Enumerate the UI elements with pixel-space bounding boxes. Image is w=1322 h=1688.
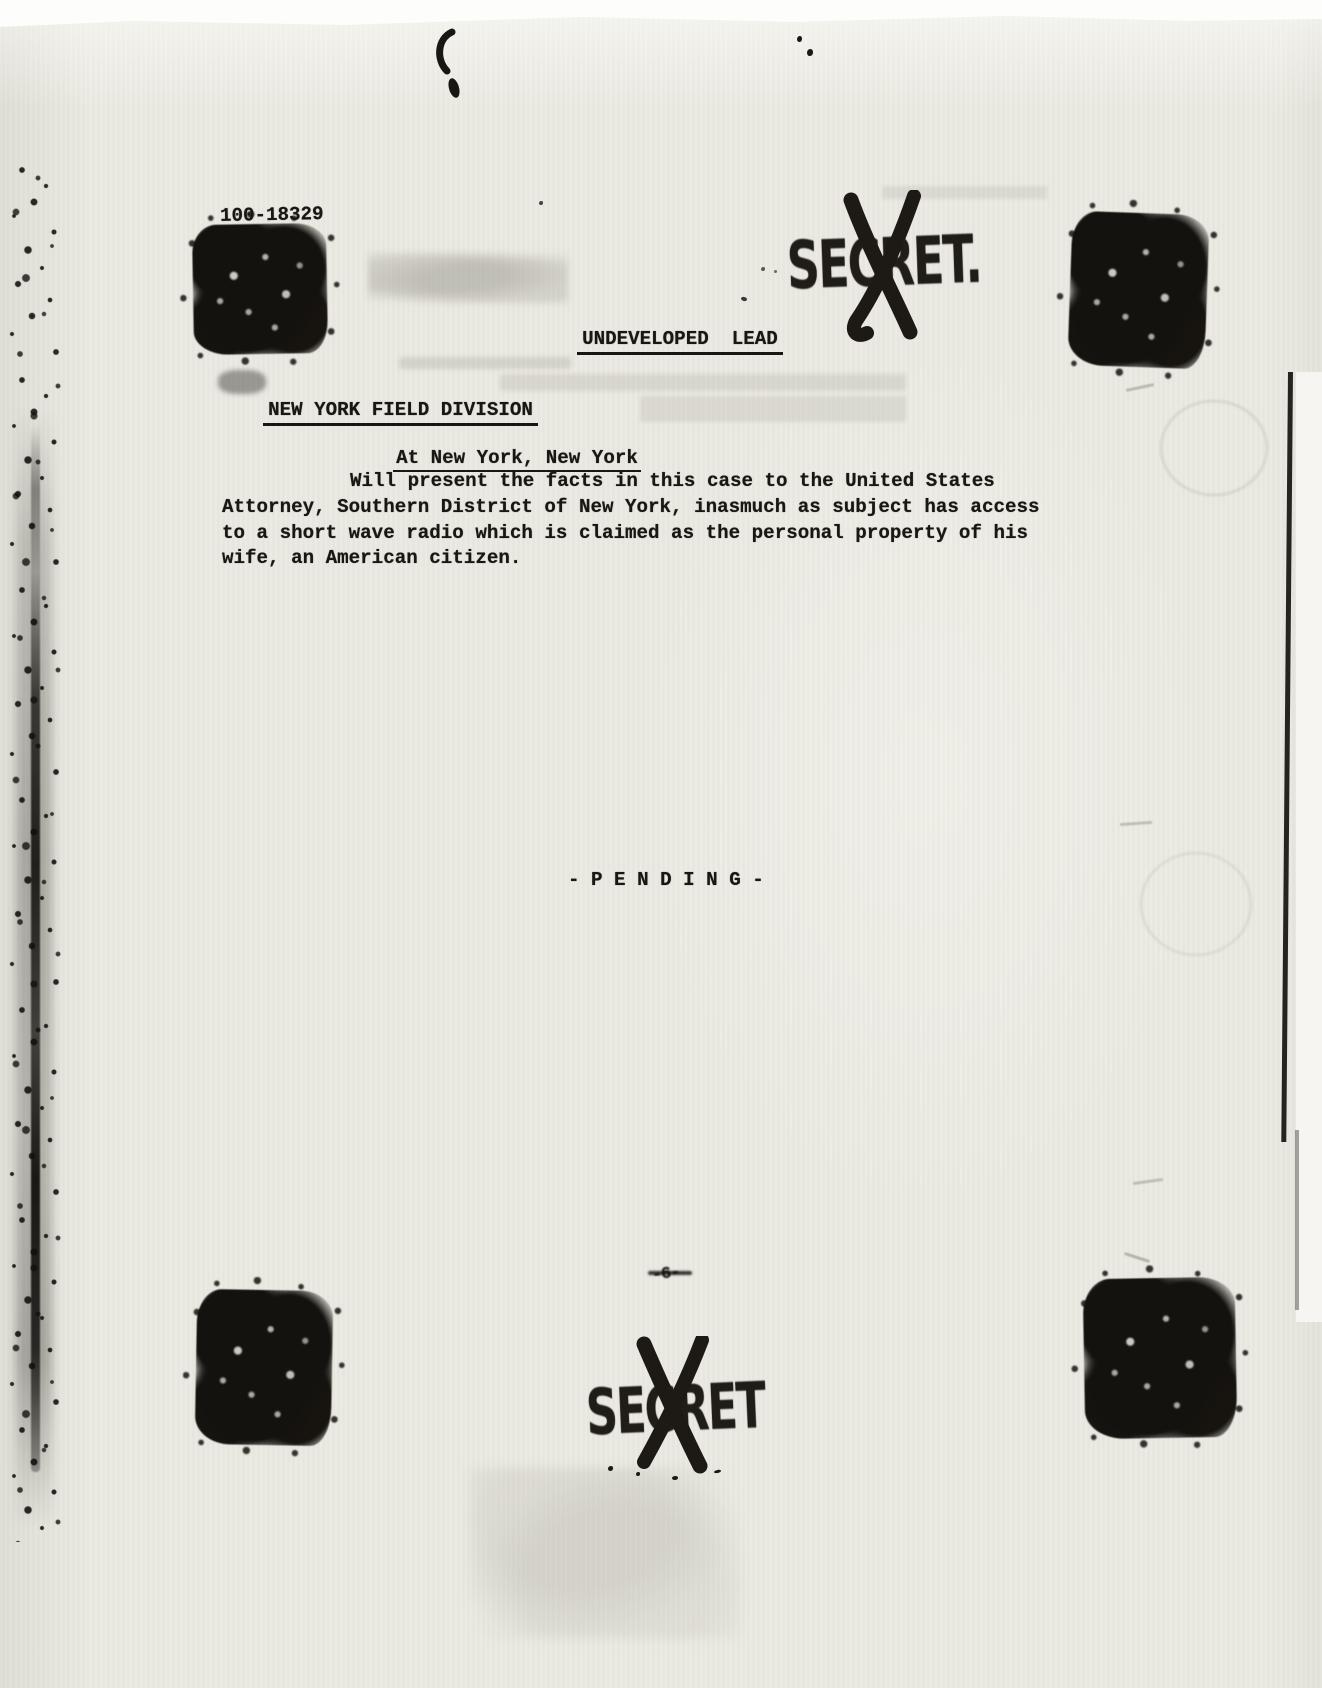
body-line: Attorney, Southern District of New York,…	[222, 495, 1072, 521]
lead-heading: UNDEVELOPED LEAD	[536, 301, 783, 378]
lead-heading-text: UNDEVELOPED LEAD	[577, 328, 783, 355]
ink-speck	[761, 267, 765, 271]
scanned-document-page: 100-18329 SECRET. UNDEVELOPED LEAD NEW Y…	[0, 0, 1322, 1688]
crossout-x-icon	[836, 190, 924, 346]
ink-speck	[672, 1476, 678, 1480]
ink-blotch-bottom-left	[195, 1289, 334, 1446]
body-line: wife, an American citizen.	[222, 546, 1072, 572]
ink-blotch-top-left	[192, 223, 328, 355]
body-line: to a short wave radio which is claimed a…	[222, 521, 1072, 547]
ink-blotch-bottom-right	[1083, 1277, 1238, 1440]
ink-speck	[636, 1472, 640, 1476]
left-edge-ink-streak	[4, 158, 70, 1542]
body-line: Will present the facts in this case to t…	[222, 469, 1072, 495]
body-paragraph: Will present the facts in this case to t…	[222, 469, 1072, 572]
ink-speck	[608, 1466, 613, 1471]
ink-speck	[797, 36, 802, 42]
ink-speck	[774, 270, 777, 273]
ink-blotch-top-right	[1067, 211, 1209, 370]
ink-speck	[807, 49, 813, 56]
ink-speck	[539, 201, 543, 205]
ink-streak-core-line	[31, 426, 40, 1472]
pending-status: - P E N D I N G -	[568, 868, 764, 894]
crossout-x-icon	[628, 1336, 718, 1476]
page-number-mark: -6-	[651, 1261, 681, 1290]
file-number: 100-18329	[220, 202, 324, 230]
